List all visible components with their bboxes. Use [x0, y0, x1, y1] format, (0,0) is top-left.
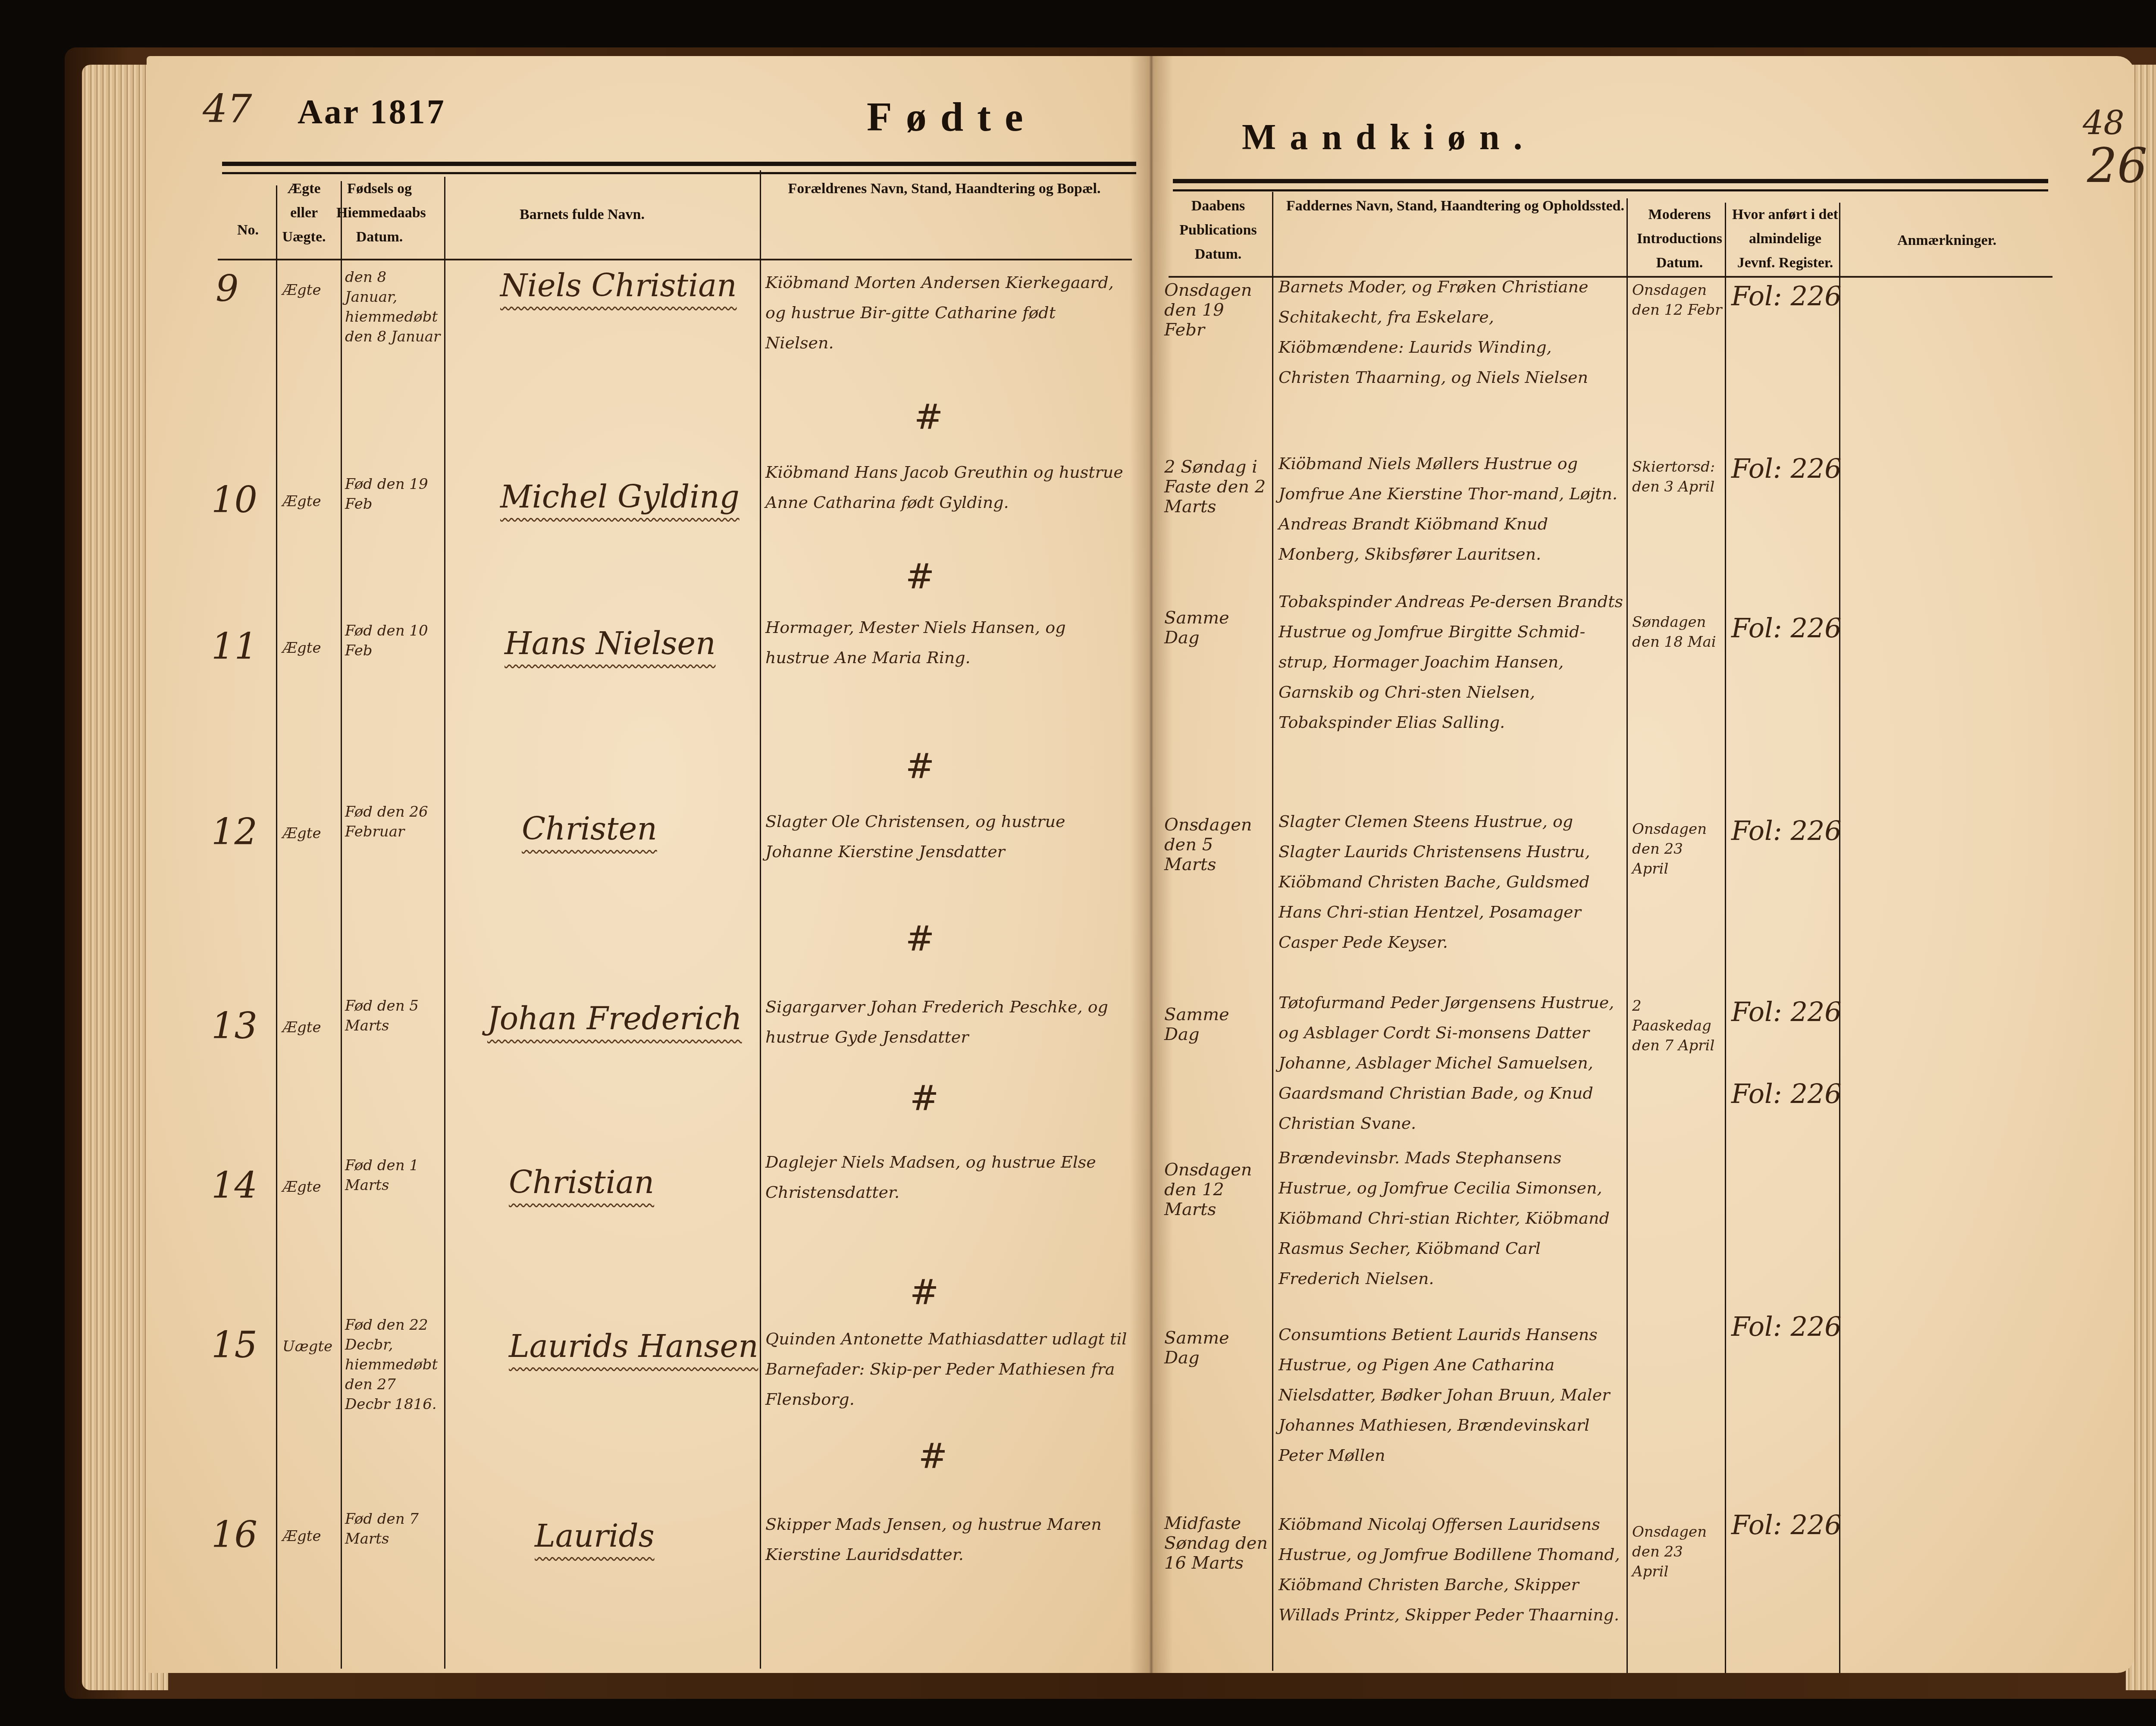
entry-mother-intro: Skiertorsd: den 3 April — [1632, 457, 1723, 497]
entry-separator: # — [906, 746, 934, 786]
entry-child-name: Christen — [522, 811, 657, 847]
entry-parents: Quinden Antonette Mathiasdatter udlagt t… — [765, 1324, 1128, 1414]
column-divider — [341, 181, 342, 1669]
page-title-left: Fødte — [867, 93, 1037, 141]
entry-legitimacy: Ægte — [282, 1018, 338, 1037]
entry-separator: # — [906, 556, 934, 596]
entry-number: 16 — [211, 1513, 257, 1556]
entry-baptism-date: Onsdagen den 12 Marts — [1164, 1160, 1270, 1219]
entry-register-ref: Fol: 226 — [1731, 453, 1842, 484]
column-divider — [1626, 198, 1628, 1673]
entry-parents: Skipper Mads Jensen, og hustrue Maren Ki… — [765, 1509, 1128, 1569]
entry-child-name: Michel Gylding — [500, 479, 740, 515]
entry-register-ref: Fol: 226 — [1731, 1509, 1842, 1541]
entry-godparents: Brændevinsbr. Mads Stephansens Hustrue, … — [1279, 1143, 1623, 1294]
entry-child-name: Christian — [509, 1164, 654, 1200]
column-header-parents: Forældrenes Navn, Stand, Haandtering og … — [759, 177, 1130, 201]
entry-birth-date: Fød den 10 Feb — [345, 621, 442, 661]
entry-godparents: Tøtofurmand Peder Jørgensens Hustrue, og… — [1279, 987, 1623, 1138]
entry-number: 14 — [211, 1164, 257, 1206]
entry-baptism-date: 2 Søndag i Faste den 2 Marts — [1164, 457, 1270, 517]
column-header-godparents: Faddernes Navn, Stand, Haandtering og Op… — [1276, 194, 1634, 218]
entry-godparents: Consumtions Betient Laurids Hansens Hust… — [1279, 1319, 1623, 1470]
entry-baptism-date: Onsdagen den 19 Febr — [1164, 280, 1270, 340]
entry-birth-date: den 8 Januar, hiemmedøbt den 8 Januar — [345, 267, 442, 347]
entry-register-ref: Fol: 226 — [1731, 815, 1842, 846]
entry-legitimacy: Ægte — [282, 280, 338, 300]
entry-separator: # — [918, 1436, 947, 1476]
right-folio-number: 48 — [2083, 103, 2125, 142]
entry-parents: Hormager, Mester Niels Hansen, og hustru… — [765, 612, 1128, 673]
entry-child-name: Laurids Hansen — [509, 1328, 758, 1364]
page-title-right: Mandkiøn. — [1242, 116, 1536, 158]
column-header-child-name: Barnets fulde Navn. — [431, 203, 733, 227]
entry-baptism-date: Samme Dag — [1164, 1328, 1270, 1368]
entry-legitimacy: Ægte — [282, 1526, 338, 1546]
header-rule-right — [1173, 179, 2048, 191]
entry-birth-date: Fød den 19 Feb — [345, 474, 442, 514]
entry-child-name: Johan Frederich — [487, 1000, 742, 1037]
column-header-mother-intro: Moderens Introductions Datum. — [1630, 203, 1729, 275]
entry-register-ref: Fol: 226 — [1731, 996, 1842, 1027]
entry-number: 15 — [211, 1324, 257, 1366]
entry-mother-intro: Onsdagen den 23 April — [1632, 819, 1723, 879]
entry-baptism-date: Samme Dag — [1164, 608, 1270, 648]
entry-number: 12 — [211, 811, 257, 853]
entry-number: 10 — [211, 479, 257, 521]
entry-godparents: Kiöbmand Nicolaj Offersen Lauridsens Hus… — [1279, 1509, 1623, 1630]
right-folio-secondary: 26 — [2087, 138, 2147, 193]
column-divider — [1725, 203, 1726, 1673]
entry-number: 13 — [211, 1005, 257, 1047]
entry-child-name: Hans Nielsen — [505, 625, 716, 661]
entry-separator: # — [914, 397, 943, 437]
column-divider — [1272, 192, 1273, 1671]
entry-parents: Sigargarver Johan Frederich Peschke, og … — [765, 992, 1128, 1052]
entry-godparents: Kiöbmand Niels Møllers Hustrue og Jomfru… — [1279, 448, 1623, 569]
entry-birth-date: Fød den 1 Marts — [345, 1156, 442, 1195]
entry-godparents: Barnets Moder, og Frøken Christiane Schi… — [1279, 272, 1623, 392]
entry-mother-intro: Søndagen den 18 Mai — [1632, 612, 1723, 652]
entry-legitimacy: Uægte — [282, 1337, 338, 1356]
column-header-legitimacy: Ægte eller Uægte. — [276, 177, 332, 249]
entry-child-name: Niels Christian — [500, 267, 737, 304]
entry-legitimacy: Ægte — [282, 638, 338, 658]
entry-birth-date: Fød den 7 Marts — [345, 1509, 442, 1549]
entry-legitimacy: Ægte — [282, 492, 338, 511]
entry-godparents: Slagter Clemen Steens Hustrue, og Slagte… — [1279, 806, 1623, 957]
column-header-no: No. — [218, 194, 278, 242]
column-divider — [1839, 203, 1840, 1673]
header-rule-left — [222, 162, 1136, 174]
entry-baptism-date: Samme Dag — [1164, 1005, 1270, 1044]
column-header-birth-date: Fødsels og Hiemmedaabs Datum. — [336, 177, 423, 249]
column-header-remarks: Anmærkninger. — [1846, 229, 2048, 253]
header-underline-left — [218, 259, 1132, 260]
entry-register-ref: Fol: 226 — [1731, 280, 1842, 312]
entry-birth-date: Fød den 5 Marts — [345, 996, 442, 1036]
entry-register-ref: Fol: 226 — [1731, 612, 1842, 644]
column-divider — [760, 170, 761, 1669]
entry-separator: # — [910, 1272, 939, 1312]
entry-separator: # — [910, 1078, 939, 1118]
entry-parents: Kiöbmand Hans Jacob Greuthin og hustrue … — [765, 457, 1128, 517]
entry-mother-intro: Onsdagen den 12 Febr — [1632, 280, 1723, 320]
left-folio-number: 47 — [203, 86, 252, 132]
entry-mother-intro: Onsdagen den 23 April — [1632, 1522, 1723, 1582]
entry-parents: Slagter Ole Christensen, og hustrue Joha… — [765, 806, 1128, 867]
year-label: Aar 1817 — [298, 93, 446, 132]
entry-baptism-date: Onsdagen den 5 Marts — [1164, 815, 1270, 874]
entry-godparents: Tobakspinder Andreas Pe-dersen Brandts H… — [1279, 586, 1623, 737]
entry-legitimacy: Ægte — [282, 1177, 338, 1197]
entry-number: 9 — [216, 267, 238, 310]
entry-separator: # — [906, 918, 934, 959]
entry-legitimacy: Ægte — [282, 824, 338, 843]
entry-baptism-date: Midfaste Søndag den 16 Marts — [1164, 1513, 1270, 1573]
entry-number: 11 — [211, 625, 257, 667]
column-divider — [276, 185, 277, 1669]
column-header-baptism-date: Daabens Publications Datum. — [1169, 194, 1268, 266]
entry-birth-date: Fød den 22 Decbr, hiemmedøbt den 27 Decb… — [345, 1315, 442, 1414]
entry-parents: Daglejer Niels Madsen, og hustrue Else C… — [765, 1147, 1128, 1207]
entry-birth-date: Fød den 26 Februar — [345, 802, 442, 842]
column-divider — [444, 177, 445, 1669]
entry-register-ref: Fol: 226 — [1731, 1311, 1842, 1342]
entry-parents: Kiöbmand Morten Andersen Kierkegaard, og… — [765, 267, 1128, 358]
entry-child-name: Laurids — [535, 1518, 655, 1554]
column-header-register: Hvor anført i det almindelige Jevnf. Reg… — [1729, 203, 1841, 275]
entry-register-ref: Fol: 226 — [1731, 1078, 1842, 1109]
entry-mother-intro: 2 Paaskedag den 7 April — [1632, 996, 1723, 1056]
